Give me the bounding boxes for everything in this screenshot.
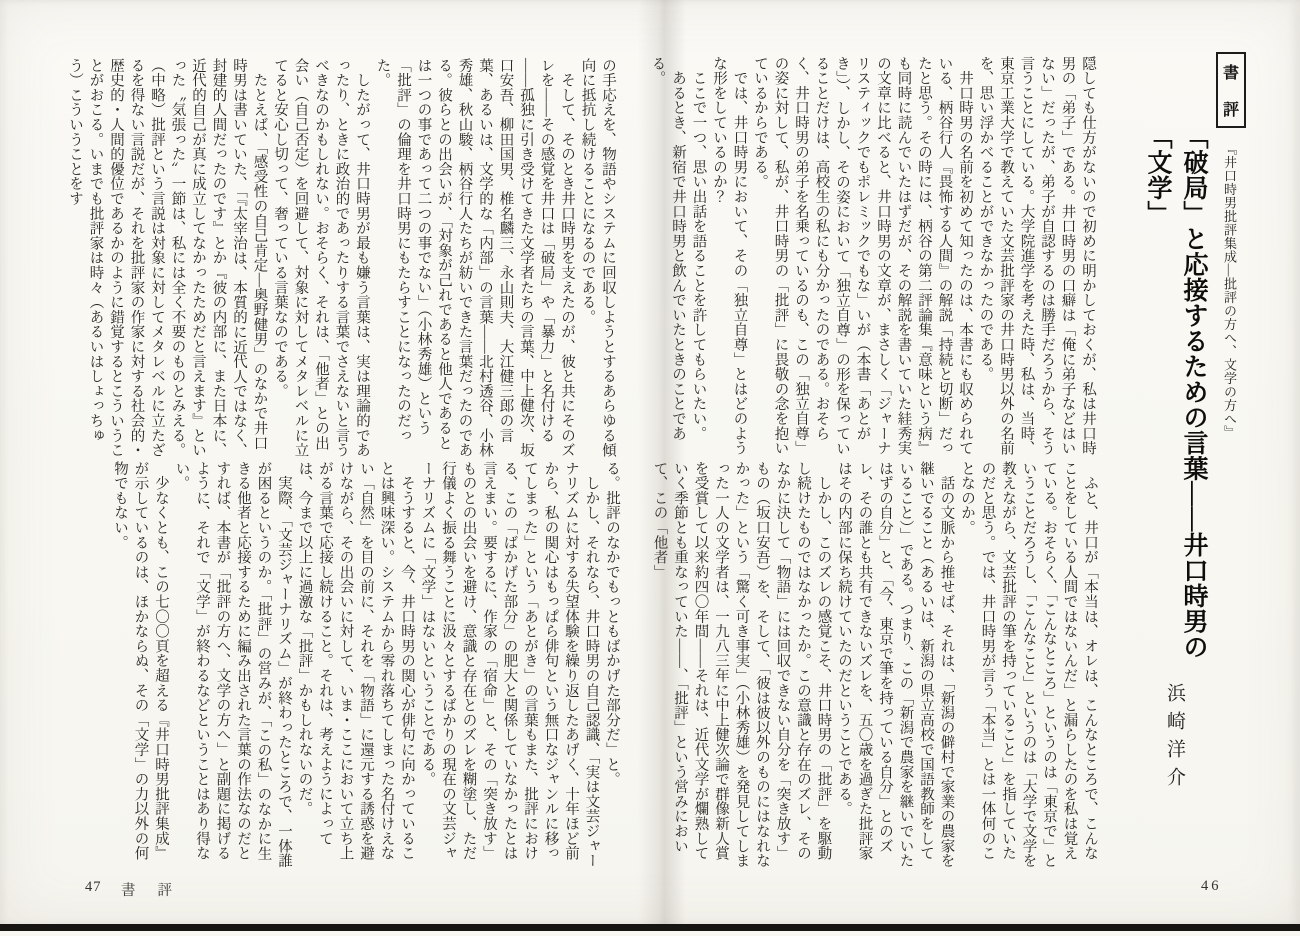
body-text-right-bottom: ふと、井口が「本当は、オレは、こんなところで、こんなことをしている人間ではないん… [684, 461, 1100, 872]
body-text-left-top: の手応えを、物語やシステムに回収しようとするあらゆる傾向に抵抗し続けることになる… [60, 58, 618, 458]
article-title-text: 「破局」と応接するための言葉――井口時男の「文学」 [1139, 124, 1211, 669]
body-text-right-top: 隠しても仕方がないので初めに明かしておくが、私は井口時男の「弟子」である。井口時… [682, 56, 1098, 458]
article-title: 「破局」と応接するための言葉――井口時男の「文学」 [1151, 124, 1199, 669]
book-spread-scan: 書 評 『井口時男批評集成―批評の方へ、文学の方へ』 「破局」と応接するための言… [0, 0, 1300, 936]
section-label-box: 書 評 [1216, 52, 1246, 128]
section-label-char-1: 書 [1223, 60, 1239, 83]
scan-edge-strip [0, 924, 1300, 931]
page-gutter-shadow [638, 0, 686, 925]
page-number-left: 47 [85, 879, 102, 896]
body-text-left-bottom: る。批評のなかでもっともばかげた部分だ」と。 しかし、それなら、井口時男の自己認… [62, 461, 622, 872]
section-label-char-2: 評 [1223, 97, 1239, 120]
author-name: 浜崎洋介 [1161, 683, 1188, 803]
reviewed-book-title: 『井口時男批評集成―批評の方へ、文学の方へ』 [1220, 142, 1239, 472]
page-number-right: 46 [1201, 878, 1222, 895]
footer-section-label: 書評 [121, 879, 194, 900]
